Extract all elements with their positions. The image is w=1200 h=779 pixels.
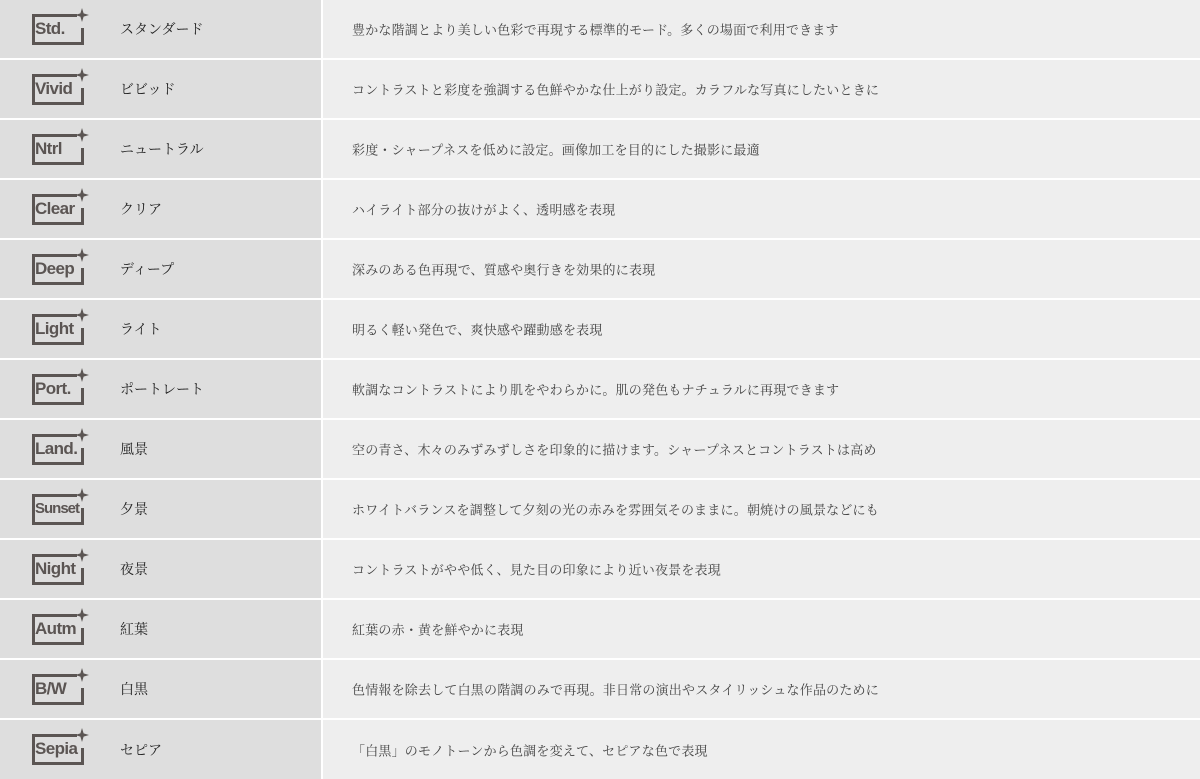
mode-description-cell: ハイライト部分の抜けがよく、透明感を表現 (323, 180, 1200, 238)
mode-name-cell: B/W 白黒 (0, 660, 321, 718)
mode-name-cell: Sunset 夕景 (0, 480, 321, 538)
mode-label: 夜景 (120, 559, 148, 579)
icon-text: Sunset (35, 499, 81, 519)
mode-description-cell: 彩度・シャープネスを低めに設定。画像加工を目的にした撮影に最適 (323, 120, 1200, 178)
creative-style-table: Std. スタンダード 豊かな階調とより美しい色彩で再現する標準的モード。多くの… (0, 0, 1200, 779)
mode-label: ニュートラル (120, 139, 204, 159)
mode-description-cell: 「白黒」のモノトーンから色調を変えて、セピアな色で表現 (323, 720, 1200, 779)
table-row-7: Port. ポートレート 軟調なコントラストにより肌をやわらかに。肌の発色もナチ… (0, 360, 1200, 418)
mode-name-cell: Port. ポートレート (0, 360, 321, 418)
mode-description: コントラストがやや低く、見た目の印象により近い夜景を表現 (352, 560, 721, 579)
mode-name-cell: Ntrl ニュートラル (0, 120, 321, 178)
table-row-10: Night 夜景 コントラストがやや低く、見た目の印象により近い夜景を表現 (0, 540, 1200, 598)
table-row-2: Vivid ビビッド コントラストと彩度を強調する色鮮やかな仕上がり設定。カラフ… (0, 60, 1200, 118)
table-row-6: Light ライト 明るく軽い発色で、爽快感や躍動感を表現 (0, 300, 1200, 358)
neutral-mode-icon: Ntrl (32, 128, 90, 168)
table-row-13: Sepia セピア 「白黒」のモノトーンから色調を変えて、セピアな色で表現 (0, 720, 1200, 779)
mode-description-cell: 深みのある色再現で、質感や奥行きを効果的に表現 (323, 240, 1200, 298)
mode-label: ライト (120, 319, 162, 339)
std-mode-icon: Std. (32, 8, 90, 48)
landscape-mode-icon: Land. (32, 428, 90, 468)
mode-name-cell: Sepia セピア (0, 720, 321, 779)
mode-label: ビビッド (120, 79, 175, 99)
mode-name-cell: Clear クリア (0, 180, 321, 238)
vivid-mode-icon: Vivid (32, 68, 90, 108)
mode-description: 色情報を除去して白黒の階調のみで再現。非日常の演出やスタイリッシュな作品のために (352, 680, 879, 699)
table-row-8: Land. 風景 空の青さ、木々のみずみずしさを印象的に描けます。シャープネスと… (0, 420, 1200, 478)
icon-text: Night (35, 559, 81, 579)
portrait-mode-icon: Port. (32, 368, 90, 408)
table-row-4: Clear クリア ハイライト部分の抜けがよく、透明感を表現 (0, 180, 1200, 238)
mode-description: 明るく軽い発色で、爽快感や躍動感を表現 (352, 320, 603, 339)
table-row-9: Sunset 夕景 ホワイトバランスを調整して夕刻の光の赤みを雰囲気そのままに。… (0, 480, 1200, 538)
mode-description: コントラストと彩度を強調する色鮮やかな仕上がり設定。カラフルな写真にしたいときに (352, 80, 879, 99)
icon-text: B/W (35, 679, 81, 699)
mode-label: クリア (120, 199, 162, 219)
mode-description: 豊かな階調とより美しい色彩で再現する標準的モード。多くの場面で利用できます (352, 20, 839, 39)
icon-text: Deep (35, 259, 81, 279)
mode-description: 彩度・シャープネスを低めに設定。画像加工を目的にした撮影に最適 (352, 140, 760, 159)
mode-label: 白黒 (120, 679, 148, 699)
mode-description-cell: 豊かな階調とより美しい色彩で再現する標準的モード。多くの場面で利用できます (323, 0, 1200, 58)
mode-description-cell: 紅葉の赤・黄を鮮やかに表現 (323, 600, 1200, 658)
mode-name-cell: Deep ディープ (0, 240, 321, 298)
table-row-1: Std. スタンダード 豊かな階調とより美しい色彩で再現する標準的モード。多くの… (0, 0, 1200, 58)
mode-description-cell: コントラストがやや低く、見た目の印象により近い夜景を表現 (323, 540, 1200, 598)
mode-description-cell: 明るく軽い発色で、爽快感や躍動感を表現 (323, 300, 1200, 358)
light-mode-icon: Light (32, 308, 90, 348)
mode-description: 「白黒」のモノトーンから色調を変えて、セピアな色で表現 (352, 740, 708, 759)
icon-text: Ntrl (35, 139, 81, 159)
icon-text: Autm (35, 619, 81, 639)
sunset-mode-icon: Sunset (32, 488, 90, 528)
icon-text: Vivid (35, 79, 81, 99)
table-row-12: B/W 白黒 色情報を除去して白黒の階調のみで再現。非日常の演出やスタイリッシュ… (0, 660, 1200, 718)
mode-description: 軟調なコントラストにより肌をやわらかに。肌の発色もナチュラルに再現できます (352, 380, 839, 399)
mode-description: 深みのある色再現で、質感や奥行きを効果的に表現 (352, 260, 655, 279)
bw-mode-icon: B/W (32, 668, 90, 708)
mode-name-cell: Night 夜景 (0, 540, 321, 598)
table-row-3: Ntrl ニュートラル 彩度・シャープネスを低めに設定。画像加工を目的にした撮影… (0, 120, 1200, 178)
sepia-mode-icon: Sepia (32, 728, 90, 768)
mode-label: ポートレート (120, 379, 204, 399)
icon-text: Clear (35, 199, 81, 219)
icon-text: Sepia (35, 739, 81, 759)
mode-name-cell: Autm 紅葉 (0, 600, 321, 658)
mode-description-cell: コントラストと彩度を強調する色鮮やかな仕上がり設定。カラフルな写真にしたいときに (323, 60, 1200, 118)
mode-label: ディープ (120, 259, 174, 279)
night-mode-icon: Night (32, 548, 90, 588)
icon-text: Std. (35, 19, 81, 39)
mode-label: スタンダード (120, 19, 203, 39)
mode-label: 夕景 (120, 499, 148, 519)
mode-description-cell: 色情報を除去して白黒の階調のみで再現。非日常の演出やスタイリッシュな作品のために (323, 660, 1200, 718)
mode-name-cell: Vivid ビビッド (0, 60, 321, 118)
deep-mode-icon: Deep (32, 248, 90, 288)
icon-text: Light (35, 319, 81, 339)
mode-description: 紅葉の赤・黄を鮮やかに表現 (352, 620, 524, 639)
mode-description: ハイライト部分の抜けがよく、透明感を表現 (352, 200, 615, 219)
mode-name-cell: Light ライト (0, 300, 321, 358)
autumn-mode-icon: Autm (32, 608, 90, 648)
mode-description: 空の青さ、木々のみずみずしさを印象的に描けます。シャープネスとコントラストは高め (352, 440, 877, 459)
mode-label: セピア (120, 740, 162, 760)
mode-name-cell: Std. スタンダード (0, 0, 321, 58)
mode-label: 紅葉 (120, 619, 148, 639)
mode-description: ホワイトバランスを調整して夕刻の光の赤みを雰囲気そのままに。朝焼けの風景などにも (352, 500, 879, 519)
table-row-11: Autm 紅葉 紅葉の赤・黄を鮮やかに表現 (0, 600, 1200, 658)
mode-label: 風景 (120, 439, 148, 459)
icon-text: Land. (35, 439, 81, 459)
mode-description-cell: ホワイトバランスを調整して夕刻の光の赤みを雰囲気そのままに。朝焼けの風景などにも (323, 480, 1200, 538)
icon-text: Port. (35, 379, 81, 399)
table-row-5: Deep ディープ 深みのある色再現で、質感や奥行きを効果的に表現 (0, 240, 1200, 298)
mode-description-cell: 空の青さ、木々のみずみずしさを印象的に描けます。シャープネスとコントラストは高め (323, 420, 1200, 478)
mode-description-cell: 軟調なコントラストにより肌をやわらかに。肌の発色もナチュラルに再現できます (323, 360, 1200, 418)
mode-name-cell: Land. 風景 (0, 420, 321, 478)
clear-mode-icon: Clear (32, 188, 90, 228)
